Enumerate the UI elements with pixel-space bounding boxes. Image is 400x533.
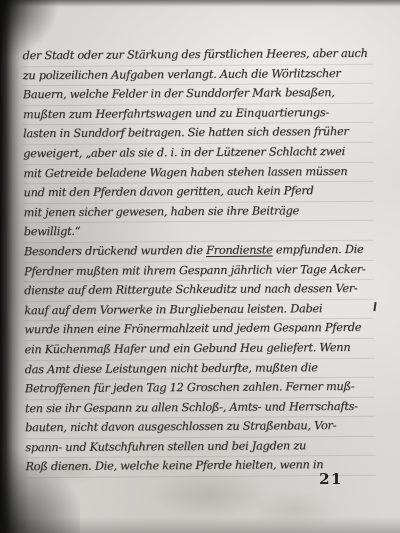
text-line: zu polizeilichen Aufgaben verlangt. Auch…: [23, 64, 373, 86]
text-line: mußten zum Heerfahrtswagen und zu Einqua…: [23, 104, 373, 126]
text-line: Betroffenen für jeden Tag 12 Groschen za…: [25, 378, 375, 400]
text-line: das Amt diese Leistungen nicht bedurfte,…: [25, 358, 375, 380]
text-line: wurde ihnen eine Frönermahlzeit und jede…: [24, 319, 374, 341]
text-line: kauf auf dem Vorwerke in Burgliebenau le…: [24, 299, 374, 321]
text-line: Pferdner mußten mit ihrem Gespann jährli…: [24, 260, 374, 282]
text-line: Bauern, welche Felder in der Sunddorfer …: [23, 84, 373, 106]
text-line: mit Getreide beladene Wagen haben stehen…: [23, 162, 373, 184]
text-line: Besonders drückend wurden die Frondienst…: [24, 241, 374, 263]
text-line: lasten in Sunddorf beitragen. Sie hatten…: [23, 123, 373, 145]
handwritten-text: der Stadt oder zur Stärkung des fürstlic…: [22, 45, 375, 478]
text-line: bauten, nicht davon ausgeschlossen zu St…: [25, 417, 375, 439]
text-line: bewilligt.“: [24, 221, 374, 243]
text-line: spann- und Kutschfuhren stellen und bei …: [25, 437, 375, 459]
text-line: geweigert, „aber als sie d. i. in der Lü…: [23, 143, 373, 165]
paper-stain: [250, 490, 340, 530]
text-line: mit jenen sicher gewesen, haben sie ihre…: [24, 202, 374, 224]
text-line: ein Küchenmaß Hafer und ein Gebund Heu g…: [25, 339, 375, 361]
page-number: 21: [319, 470, 343, 488]
scanned-page: der Stadt oder zur Stärkung des fürstlic…: [0, 0, 400, 533]
text-line: der Stadt oder zur Stärkung des fürstlic…: [22, 45, 372, 67]
text-line: ten sie ihr Gespann zu allen Schloß-, Am…: [25, 397, 375, 419]
text-line: und mit den Pferden davon geritten, auch…: [23, 182, 373, 204]
scan-edge-top: [0, 0, 400, 7]
margin-tick-mark: [373, 302, 376, 311]
text-line: dienste auf dem Rittergute Schkeuditz un…: [24, 280, 374, 302]
